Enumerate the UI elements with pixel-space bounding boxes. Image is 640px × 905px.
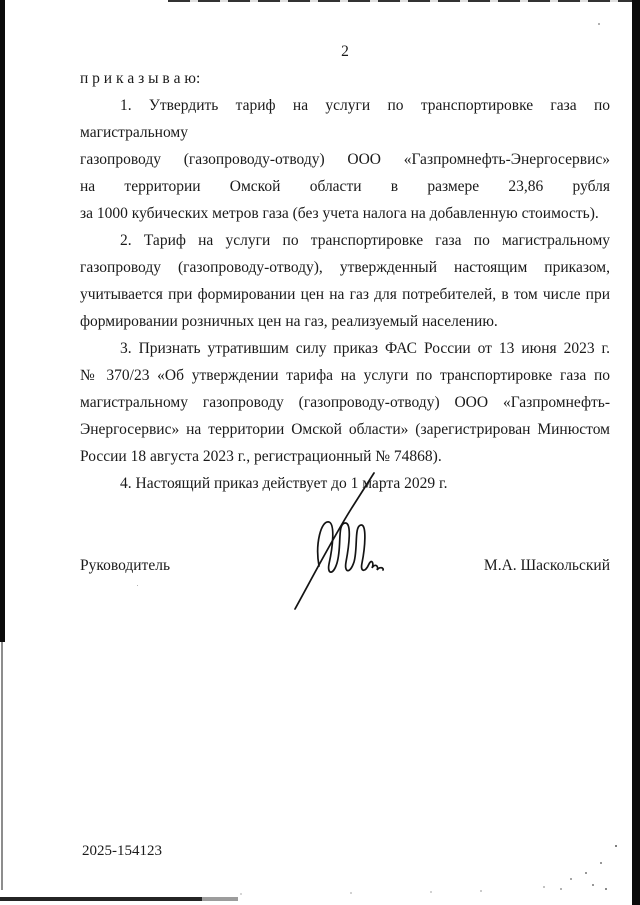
scan-edge-top	[168, 0, 632, 2]
scan-speckle	[543, 886, 545, 888]
signature-handwriting	[285, 468, 390, 613]
scan-edge-right	[632, 0, 640, 905]
scan-speckle	[605, 888, 607, 890]
signer-name: М.А. Шаскольский	[484, 552, 610, 579]
scanned-order-page: { "page": { "number": "2", "footer_code"…	[0, 0, 640, 905]
scan-speckle	[137, 585, 138, 586]
scan-edge-bottom	[0, 897, 202, 901]
scan-speckle	[430, 891, 432, 893]
signer-position: Руководитель	[80, 552, 170, 579]
text-line: 1. Утвердить тариф на услуги по транспор…	[80, 92, 610, 146]
scan-speckle	[570, 878, 572, 880]
text-line: на территории Омской области в размере 2…	[80, 173, 610, 200]
footer-document-code: 2025-154123	[82, 842, 162, 860]
scan-speckle	[480, 890, 482, 892]
scan-speckle	[240, 893, 242, 895]
scan-speckle	[592, 884, 594, 886]
text-line: газопроводу (газопроводу-отводу), утверж…	[80, 254, 610, 281]
text-line: Энергосервис» на территории Омской облас…	[80, 416, 610, 443]
resolve-word: п р и к а з ы в а ю:	[80, 65, 610, 92]
paragraph-2: 2. Тариф на услуги по транспортировке га…	[80, 227, 610, 335]
scan-speckle	[560, 888, 562, 890]
text-line: формировании розничных цен на газ, реали…	[80, 308, 610, 335]
scan-edge-left-lower	[1, 642, 3, 890]
scan-speckle	[598, 23, 600, 25]
text-line: учитывается при формировании цен на газ …	[80, 281, 610, 308]
text-line: 2. Тариф на услуги по транспортировке га…	[80, 227, 610, 254]
scan-edge-bottom-gray	[202, 897, 238, 901]
text-line: № 370/23 «Об утверждении тарифа на услуг…	[80, 362, 610, 389]
text-line: газопроводу (газопроводу-отводу) ООО «Га…	[80, 146, 610, 173]
text-line: 3. Признать утратившим силу приказ ФАС Р…	[80, 335, 610, 362]
text-line: за 1000 кубических метров газа (без учет…	[80, 200, 610, 227]
scan-speckle	[600, 862, 602, 864]
paragraph-1: 1. Утвердить тариф на услуги по транспор…	[80, 92, 610, 227]
text-line: магистральному газопроводу (газопроводу-…	[80, 389, 610, 416]
text-line: России 18 августа 2023 г., регистрационн…	[80, 443, 610, 470]
scan-speckle	[350, 892, 352, 894]
scan-speckle	[585, 872, 587, 874]
page-number: 2	[80, 38, 610, 65]
scan-edge-left	[0, 0, 5, 642]
paragraph-3: 3. Признать утратившим силу приказ ФАС Р…	[80, 335, 610, 470]
scan-speckle	[615, 845, 617, 847]
